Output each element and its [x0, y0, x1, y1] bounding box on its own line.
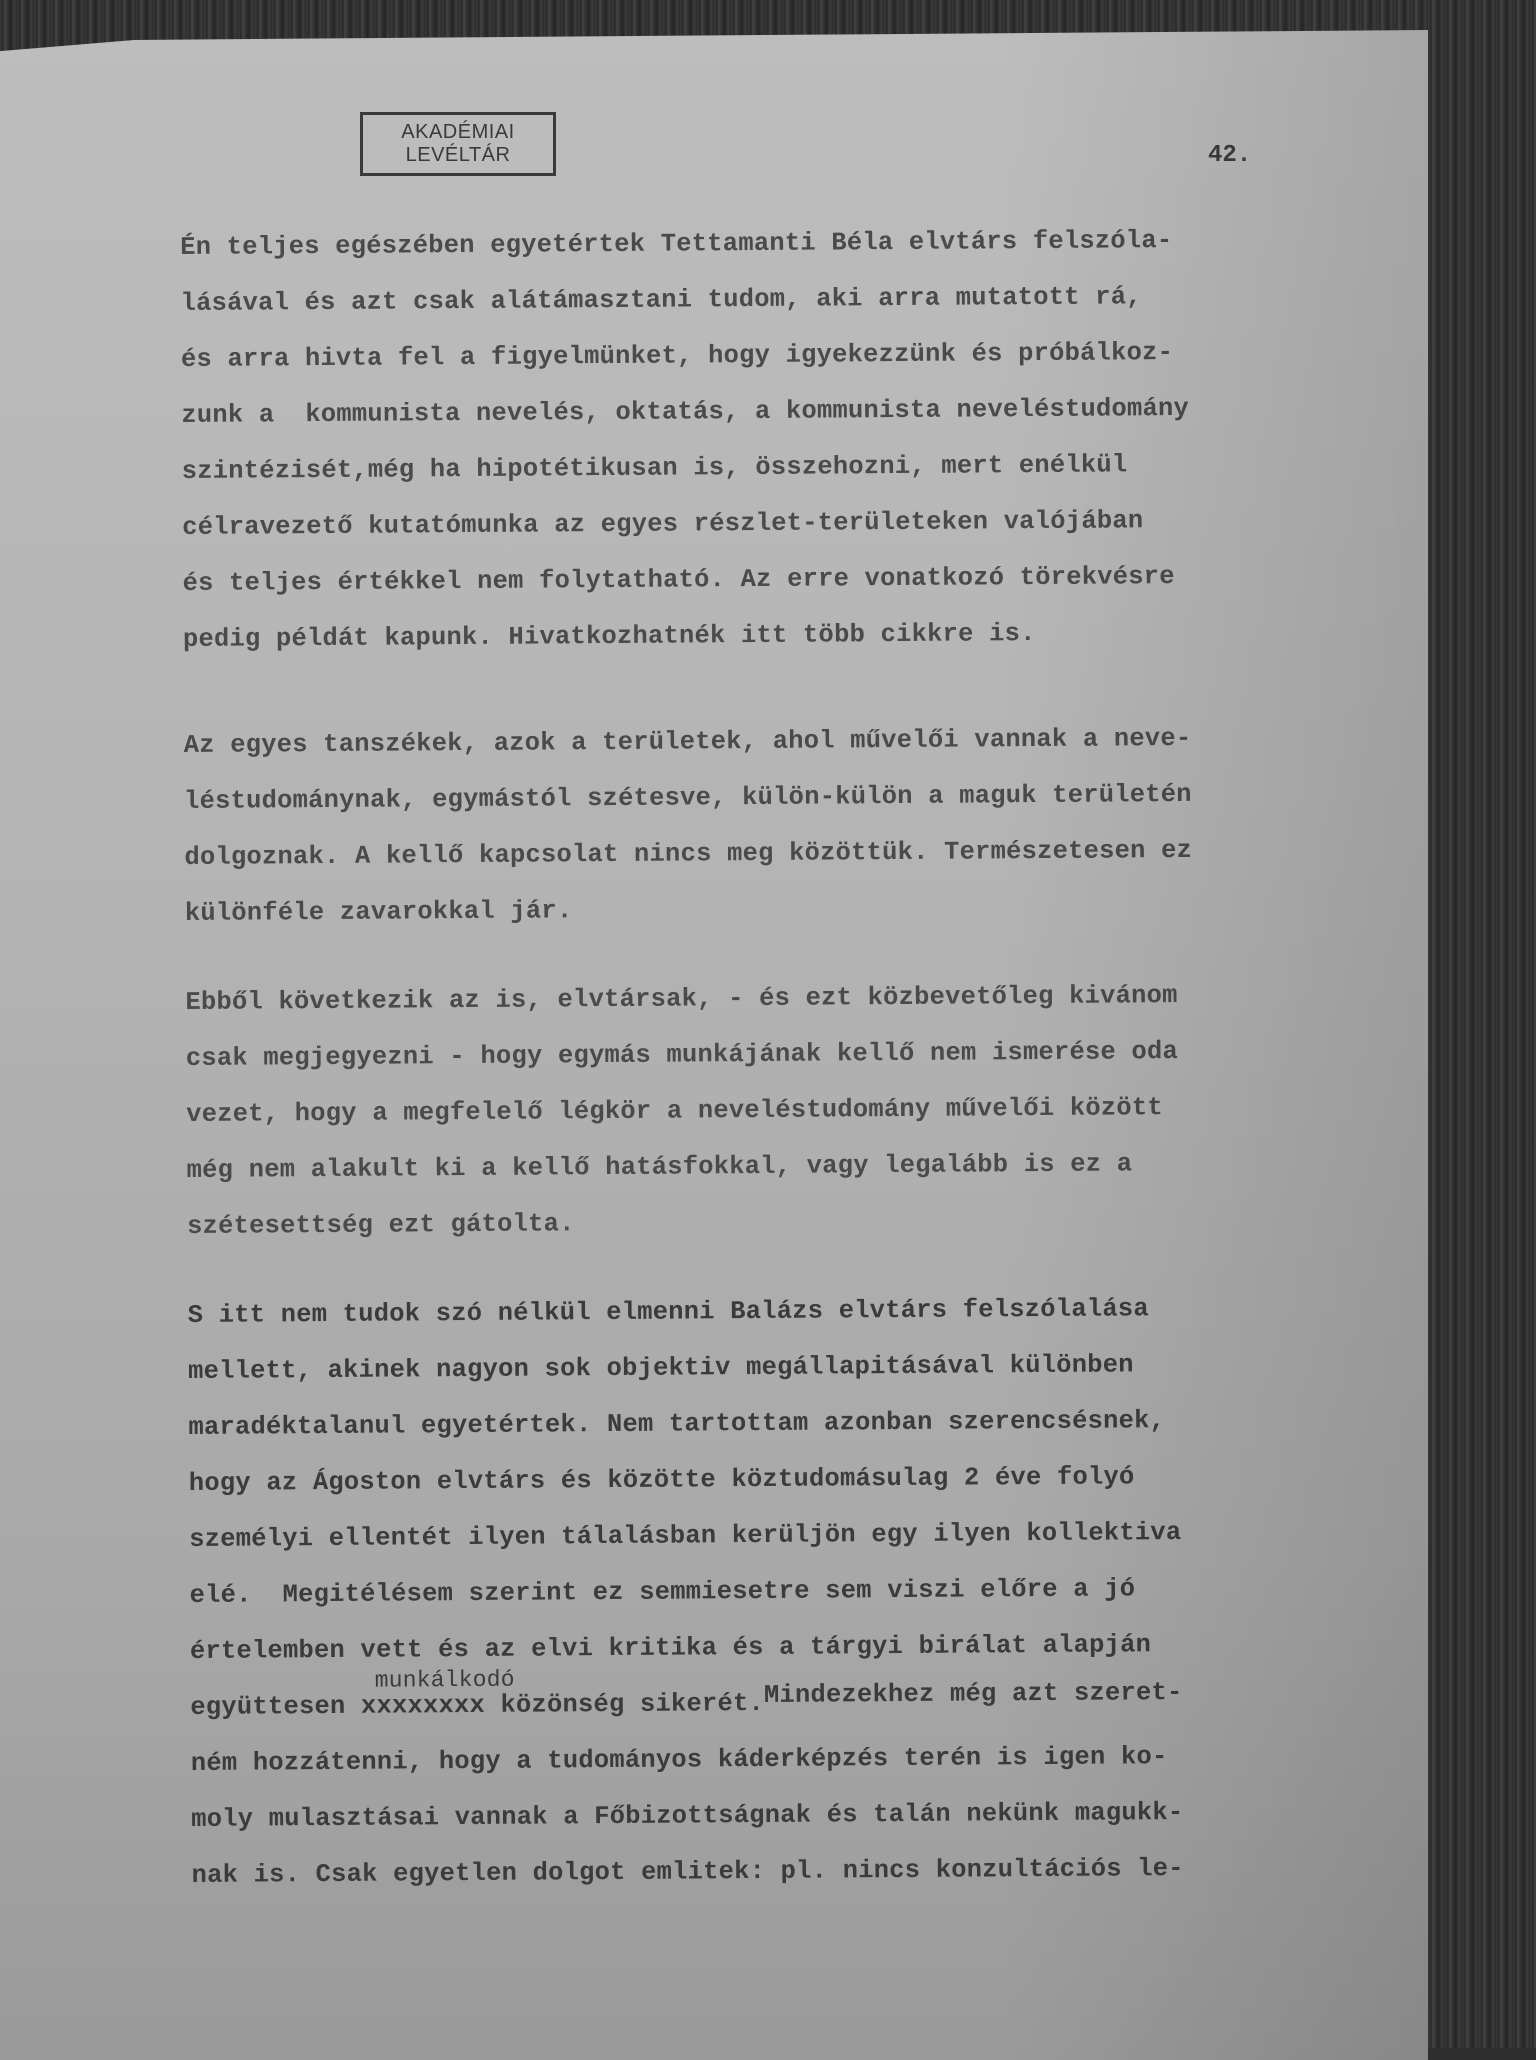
- text-line: hogy az Ágoston elvtárs és közötte köztu…: [189, 1447, 1409, 1512]
- paragraph-2: Az egyes tanszékek, azok a területek, ah…: [183, 709, 1405, 942]
- raised-continuation: Mindezekhez még azt szeret-: [764, 1678, 1183, 1710]
- archive-stamp: AKADÉMIAI LEVÉLTÁR: [360, 112, 556, 176]
- text-line: és arra hivta fel a figyelmünket, hogy i…: [181, 323, 1401, 388]
- inserted-word: munkálkodó: [375, 1652, 515, 1709]
- text-line: elé. Megitélésem szerint ez semmiesetre …: [189, 1559, 1409, 1624]
- text-line: szétesettség ezt gátolta.: [187, 1190, 1407, 1255]
- text-line: Én teljes egészében egyetértek Tettamant…: [180, 211, 1400, 276]
- text-line: zunk a kommunista nevelés, oktatás, a ko…: [181, 379, 1401, 444]
- stamp-line-1: AKADÉMIAI: [363, 121, 553, 144]
- document-body: Én teljes egészében egyetértek Tettamant…: [180, 211, 1412, 1936]
- text-line: szintézisét,még ha hipotétikusan is, öss…: [182, 435, 1402, 500]
- text-line: pedig példát kapunk. Hivatkozhatnék itt …: [183, 603, 1403, 668]
- text-line: S itt nem tudok szó nélkül elmenni Baláz…: [187, 1279, 1407, 1344]
- text-line: személyi ellentét ilyen tálalásban kerül…: [189, 1503, 1409, 1568]
- text-line: moly mulasztásai vannak a Főbizottságnak…: [191, 1783, 1411, 1848]
- text-line: és teljes értékkel nem folytatható. Az e…: [182, 547, 1402, 612]
- correction-insert: munkálkodóxxxxxxxx: [361, 1678, 485, 1735]
- text-line: maradéktalanul egyetértek. Nem tartottam…: [188, 1391, 1408, 1456]
- correction-before: együttesen: [190, 1692, 361, 1722]
- text-line: lásával és azt csak alátámasztani tudom,…: [180, 267, 1400, 332]
- text-line: Az egyes tanszékek, azok a területek, ah…: [183, 709, 1403, 774]
- text-line: dolgoznak. A kellő kapcsolat nincs meg k…: [184, 821, 1404, 886]
- text-line: különféle zavarokkal jár.: [185, 877, 1405, 942]
- text-line: csak megjegyezni - hogy egymás munkájána…: [186, 1022, 1406, 1087]
- text-line: mellett, akinek nagyon sok objektiv megá…: [188, 1335, 1408, 1400]
- struck-out-word: xxxxxxxx: [361, 1691, 485, 1721]
- correction-line: együttesen munkálkodóxxxxxxxx közönség s…: [190, 1671, 1410, 1736]
- paragraph-3: Ebből következik az is, elvtársak, - és …: [185, 966, 1407, 1255]
- text-line: még nem alakult ki a kellő hatásfokkal, …: [186, 1134, 1406, 1199]
- text-line: értelemben vett és az elvi kritika és a …: [190, 1615, 1410, 1680]
- paragraph-4: S itt nem tudok szó nélkül elmenni Baláz…: [187, 1279, 1411, 1904]
- page-number: 42.: [1208, 142, 1251, 169]
- text-line: vezet, hogy a megfelelő légkör a nevelés…: [186, 1078, 1406, 1143]
- stamp-line-2: LEVÉLTÁR: [363, 144, 553, 167]
- text-line: léstudománynak, egymástól szétesve, külö…: [184, 765, 1404, 830]
- text-line: nak is. Csak egyetlen dolgot emlitek: pl…: [191, 1839, 1411, 1904]
- text-line: ném hozzátenni, hogy a tudományos káderk…: [191, 1727, 1411, 1792]
- paragraph-1: Én teljes egészében egyetértek Tettamant…: [180, 211, 1403, 668]
- typewritten-page: AKADÉMIAI LEVÉLTÁR 42. Én teljes egészéb…: [0, 30, 1428, 2048]
- text-line: Ebből következik az is, elvtársak, - és …: [185, 966, 1405, 1031]
- correction-after: közönség sikerét.: [485, 1689, 764, 1720]
- text-line: célravezető kutatómunka az egyes részlet…: [182, 491, 1402, 556]
